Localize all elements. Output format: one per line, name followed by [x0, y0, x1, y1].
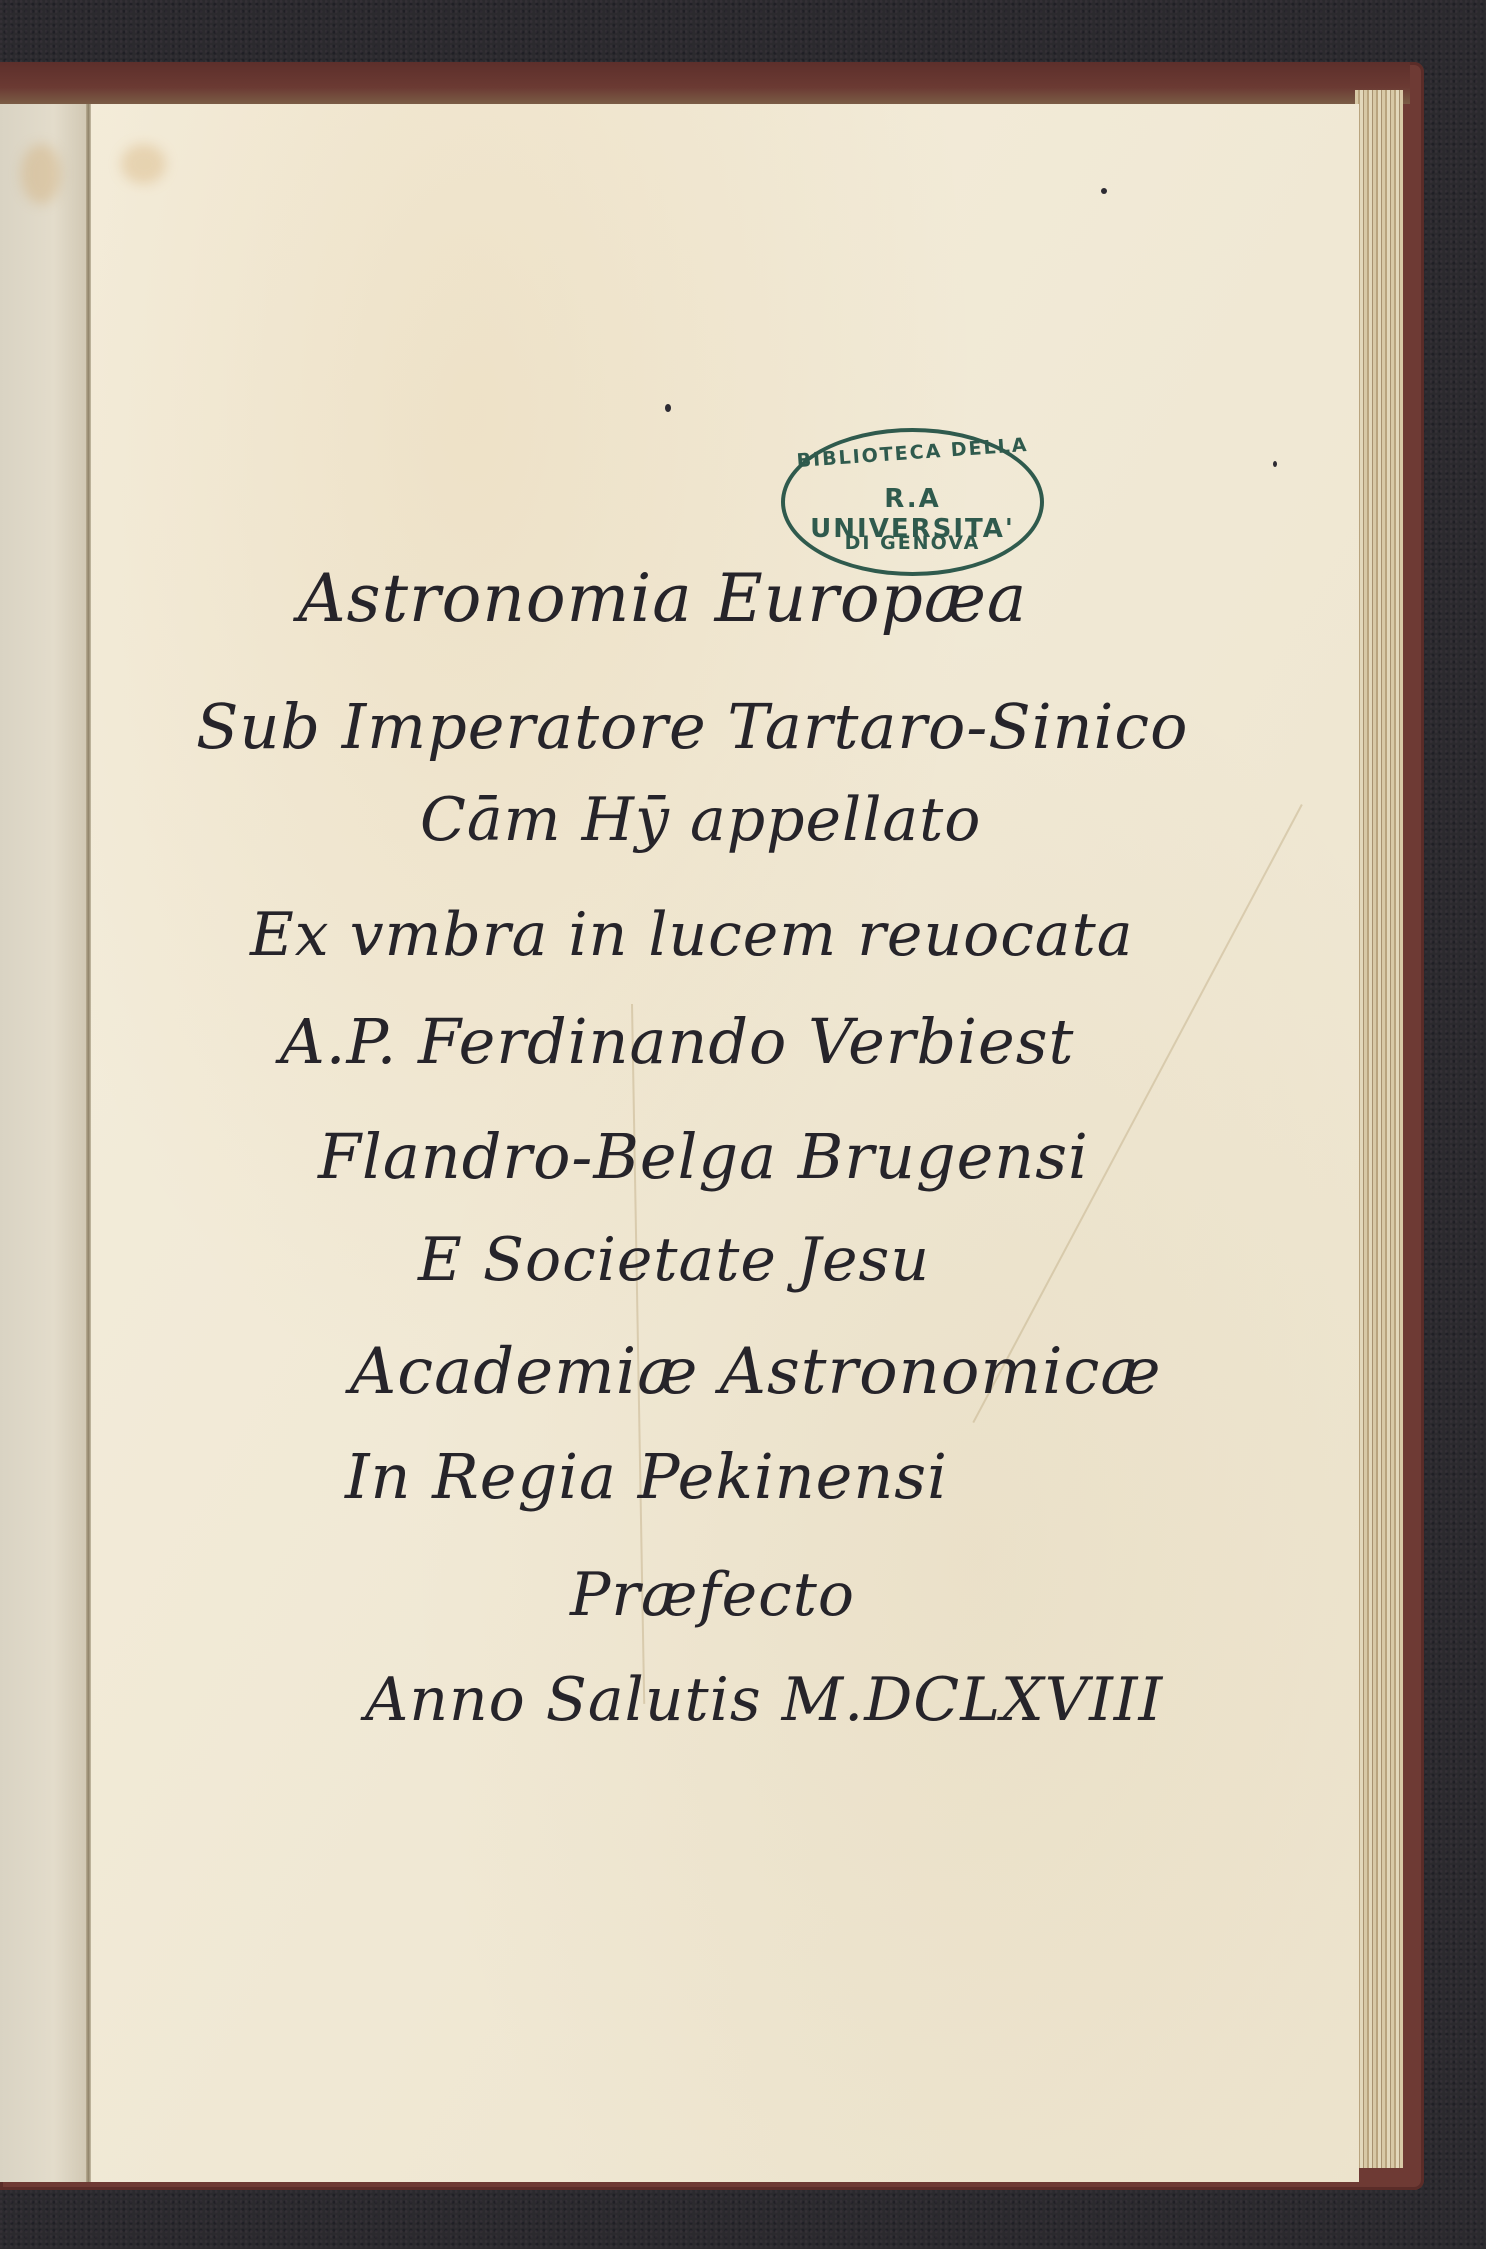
title-line-2: Sub Imperatore Tartaro-Sinico — [196, 690, 1188, 763]
title-line-3: Cām Hȳ appellato — [420, 785, 981, 855]
title-line-10: Præfecto — [570, 1560, 855, 1630]
handwritten-title: Astronomia Europæa Sub Imperatore Tartar… — [0, 0, 1486, 2249]
title-line-8: Academiæ Astronomicæ — [350, 1335, 1162, 1409]
title-line-9: In Regia Pekinensi — [345, 1440, 948, 1513]
title-line-11: Anno Salutis M.DCLXVIII — [365, 1665, 1163, 1735]
title-line-5: A.P. Ferdinando Verbiest — [280, 1005, 1074, 1078]
title-line-4: Ex vmbra in lucem reuocata — [250, 900, 1133, 970]
title-line-6: Flandro-Belga Brugensi — [318, 1120, 1089, 1193]
title-line-1: Astronomia Europæa — [298, 560, 1027, 637]
title-line-7: E Societate Jesu — [418, 1225, 930, 1295]
